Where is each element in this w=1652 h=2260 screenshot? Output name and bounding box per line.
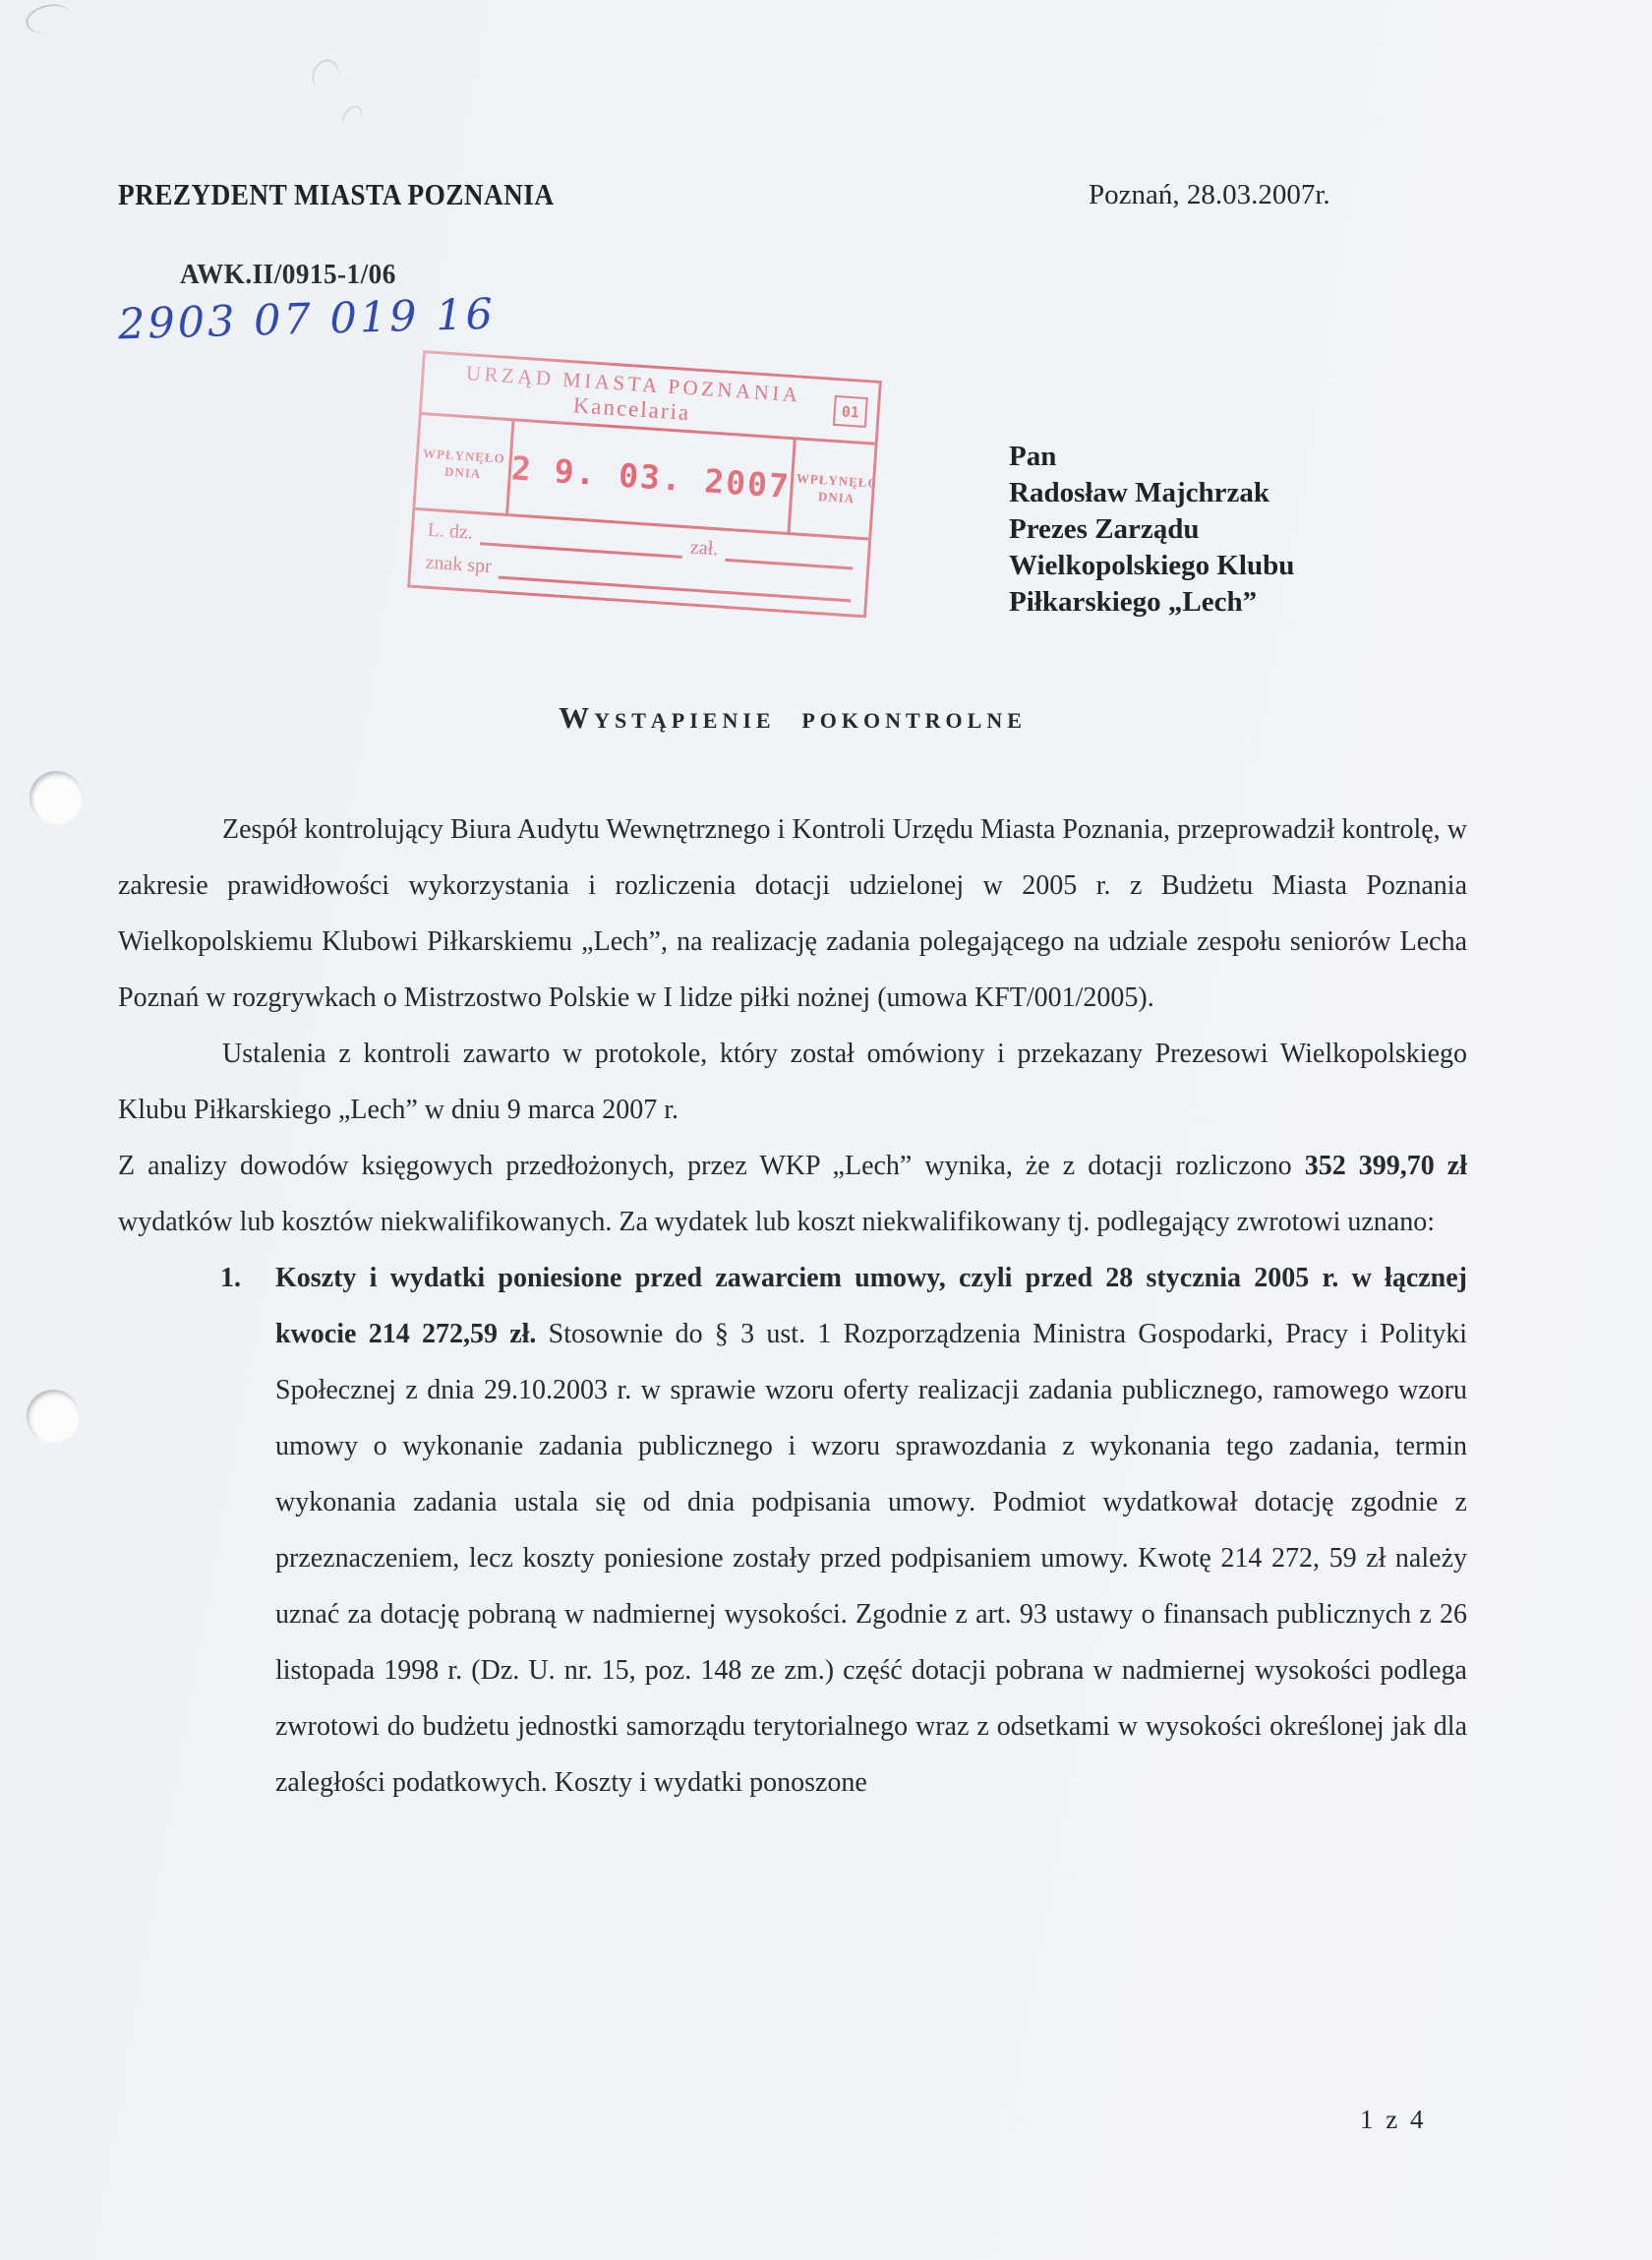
place-and-date: Poznań, 28.03.2007r. [1089, 179, 1330, 211]
stamp-received-label-right: WPŁYNĘŁO DNIA [788, 440, 884, 538]
kancelaria-stamp: URZĄD MIASTA POZNANIA Kancelaria 01 WPŁY… [407, 350, 882, 618]
paragraph: Zespół kontrolujący Biura Audytu Wewnętr… [118, 802, 1467, 1026]
document-title: Wystąpienie pokontrolne [118, 700, 1467, 736]
handwritten-number: 2903 07 019 16 [117, 290, 496, 350]
stamp-blank-line [725, 558, 853, 570]
addressee-block: PanRadosław MajchrzakPrezes ZarząduWielk… [1009, 439, 1294, 621]
hole-punch [29, 771, 83, 824]
page-number: 1 z 4 [1360, 2105, 1426, 2135]
stamp-ldz-label: L. dz. [427, 519, 474, 545]
pencil-mark [23, 0, 73, 37]
text-segment: Stosownie do § 3 ust. 1 Rozporządzenia M… [275, 1319, 1467, 1798]
text-segment: Z analizy dowodów księgowych przedłożony… [118, 1151, 1305, 1181]
stamp-blank-line [499, 575, 851, 603]
stamp-date: 2 9. 03. 2007 [508, 421, 794, 532]
reference-number: AWK.II/0915-1/06 [180, 260, 396, 291]
addressee-line: Prezes Zarządu [1009, 511, 1294, 548]
stamp-zal-label: zał. [689, 536, 719, 561]
addressee-line: Piłkarskiego „Lech” [1009, 584, 1294, 621]
paragraph: Z analizy dowodów księgowych przedłożony… [118, 1138, 1467, 1250]
addressee-line: Radosław Majchrzak [1009, 475, 1294, 511]
stamp-number-box: 01 [833, 395, 868, 428]
scanned-letter-page: PREZYDENT MIASTA POZNANIA Poznań, 28.03.… [0, 0, 1652, 2260]
list-item: 1. Koszty i wydatki poniesione przed zaw… [118, 1250, 1467, 1811]
sender-title: PREZYDENT MIASTA POZNANIA [118, 177, 555, 212]
list-item-number: 1. [220, 1250, 275, 1811]
text-segment: wydatków lub kosztów niekwalifikowanych.… [118, 1207, 1435, 1237]
bold-text-segment: 352 399,70 zł [1305, 1151, 1467, 1181]
stamp-znak-label: znak spr [425, 552, 493, 578]
stamp-blank-line [480, 541, 681, 559]
text-segment: Ustalenia z kontroli zawarto w protokole… [118, 1039, 1467, 1125]
addressee-line: Wielkopolskiego Klubu [1009, 548, 1294, 584]
pencil-mark [338, 102, 366, 131]
paragraph: Ustalenia z kontroli zawarto w protokole… [118, 1026, 1467, 1138]
text-segment: Zespół kontrolujący Biura Audytu Wewnętr… [118, 814, 1467, 1013]
hole-punch [27, 1390, 80, 1443]
addressee-line: Pan [1009, 439, 1294, 475]
stamp-received-label-left: WPŁYNĘŁO DNIA [415, 415, 514, 513]
pencil-mark [308, 55, 344, 94]
list-item-content: Koszty i wydatki poniesione przed zawarc… [275, 1250, 1467, 1811]
document-body: Zespół kontrolujący Biura Audytu Wewnętr… [118, 802, 1467, 1811]
